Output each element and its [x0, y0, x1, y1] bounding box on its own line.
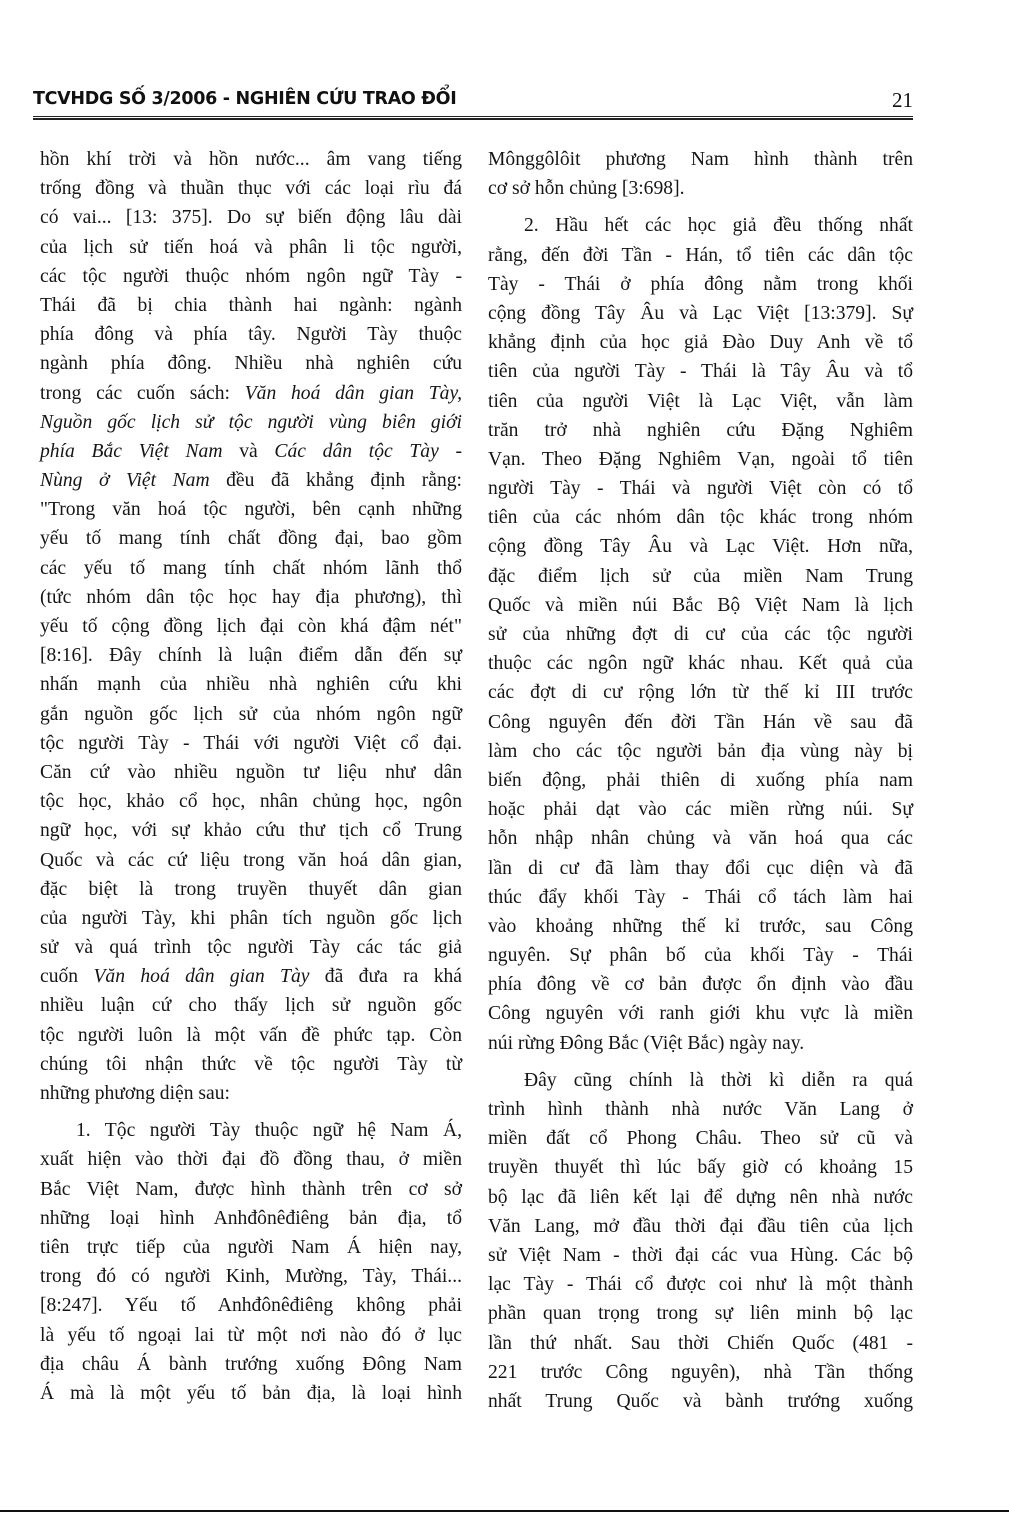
text-line-with-title: phía Bắc Việt Nam và Các dân tộc Tày -	[40, 437, 462, 466]
text-line: lạc Tày - Thái cổ được coi như là một th…	[488, 1270, 913, 1299]
text-line: "Trong văn hoá tộc người, bên cạnh những	[40, 495, 462, 524]
text-line: phía đông và phía tây. Người Tày thuộc	[40, 320, 462, 349]
text-line: phía đông về cơ bản được ổn định vào đầu	[488, 970, 913, 999]
text-line: hoặc phải dạt vào các miền rừng núi. Sự	[488, 795, 913, 824]
text-line: cộng đồng Tây Âu và Lạc Việt [13:379]. S…	[488, 299, 913, 328]
paragraph-numbered-1: 1. Tộc người Tày thuộc ngữ hệ Nam Á, xuấ…	[40, 1116, 462, 1408]
book-title: Văn hoá dân gian Tày	[93, 966, 309, 987]
paragraph: hồn khí trời và hồn nước... âm vang tiến…	[40, 145, 462, 1108]
paragraph: Đây cũng chính là thời kì diễn ra quá tr…	[488, 1066, 913, 1416]
text-line: [8:247]. Yếu tố Anhđônêđiêng không phải	[40, 1291, 462, 1320]
text-line: nguyên. Sự phân bố của khối Tày - Thái	[488, 941, 913, 970]
book-title: Nùng ở Việt Nam	[40, 470, 210, 491]
book-title: phía Bắc Việt Nam	[40, 441, 223, 462]
text-line: 2. Hầu hết các học giả đều thống nhất	[488, 211, 913, 240]
text-line: người Tày - Thái và người Việt còn có tổ	[488, 474, 913, 503]
text-line-with-title: trong các cuốn sách: Văn hoá dân gian Tà…	[40, 379, 462, 408]
text-line: Bắc Việt Nam, được hình thành trên cơ sở	[40, 1175, 462, 1204]
text-line: Công nguyên với ranh giới khu vực là miề…	[488, 999, 913, 1028]
text-line: (tức nhóm dân tộc học hay địa phương), t…	[40, 583, 462, 612]
book-title: Văn hoá dân gian Tày,	[245, 383, 462, 404]
text: và	[223, 441, 275, 462]
text-line: hỗn nhập nhân chủng và văn hoá qua các	[488, 824, 913, 853]
text-line: ngữ học, với sự khảo cứu thư tịch cổ Tru…	[40, 816, 462, 845]
text-line: của người Tày, khi phân tích nguồn gốc l…	[40, 904, 462, 933]
text-line: nhấn mạnh của nhiều nhà nghiên cứu khi	[40, 670, 462, 699]
left-column: hồn khí trời và hồn nước... âm vang tiến…	[40, 145, 462, 1408]
text: đã đưa ra khá	[309, 966, 462, 987]
text-line: trình hình thành nhà nước Văn Lang ở	[488, 1095, 913, 1124]
text-line: của lịch sử tiến hoá và phân li tộc ngườ…	[40, 233, 462, 262]
text-line: 1. Tộc người Tày thuộc ngữ hệ Nam Á,	[40, 1116, 462, 1145]
text-line: trăn trở nhà nghiên cứu Đặng Nghiêm	[488, 416, 913, 445]
text-line: Quốc và các cứ liệu trong văn hoá dân gi…	[40, 846, 462, 875]
text-line: Căn cứ vào nhiều nguồn tư liệu như dân	[40, 758, 462, 787]
text-line: khẳng định của học giả Đào Duy Anh về tổ	[488, 328, 913, 357]
text-line: trống đồng và thuần thục với các loại rì…	[40, 174, 462, 203]
text-line: Đây cũng chính là thời kì diễn ra quá	[488, 1066, 913, 1095]
text: đều đã khẳng định rằng:	[210, 470, 462, 491]
text-line: miền đất cổ Phong Châu. Theo sử cũ và	[488, 1124, 913, 1153]
text-line: cộng đồng Tây Âu và Lạc Việt. Hơn nữa,	[488, 532, 913, 561]
paragraph-gap	[488, 1058, 913, 1066]
text-line: vào khoảng những thế kỉ trước, sau Công	[488, 912, 913, 941]
text-line: tiên trực tiếp của người Nam Á hiện nay,	[40, 1233, 462, 1262]
paragraph-gap	[40, 1108, 462, 1116]
text-line: là yếu tố ngoại lai từ một nơi nào đó ở …	[40, 1321, 462, 1350]
text-line: yếu tố cộng đồng lịch đại còn khá đậm né…	[40, 612, 462, 641]
text-line: địa châu Á bành trướng xuống Đông Nam	[40, 1350, 462, 1379]
text: trong các cuốn sách:	[40, 383, 245, 404]
text: cuốn	[40, 966, 93, 987]
text-line: Mônggôlôit phương Nam hình thành trên	[488, 145, 913, 174]
text-line: xuất hiện vào thời đại đồ đồng thau, ở m…	[40, 1145, 462, 1174]
paragraph-gap	[488, 203, 913, 211]
text-line: Á mà là một yếu tố bản địa, là loại hình	[40, 1379, 462, 1408]
page-header: TCVHDG SỐ 3/2006 - NGHIÊN CỨU TRAO ĐỔI 2…	[33, 86, 913, 118]
text-line: lần thứ nhất. Sau thời Chiến Quốc (481 -	[488, 1329, 913, 1358]
text-line: 221 trước Công nguyên), nhà Tần thống	[488, 1358, 913, 1387]
text-line: Công nguyên đến đời Tần Hán về sau đã	[488, 708, 913, 737]
page-bottom-edge	[0, 1510, 1009, 1512]
text-line: những loại hình Anhđônêđiêng bản địa, tổ	[40, 1204, 462, 1233]
text-line: tiên của người Việt là Lạc Việt, vẫn làm	[488, 387, 913, 416]
text-line: sử và quá trình tộc người Tày các tác gi…	[40, 933, 462, 962]
text-line: tộc học, khảo cổ học, nhân chủng học, ng…	[40, 787, 462, 816]
text-line: ngành phía đông. Nhiều nhà nghiên cứu	[40, 349, 462, 378]
text-line: bộ lạc đã liên kết lại để dựng nên nhà n…	[488, 1183, 913, 1212]
text-line: những phương diện sau:	[40, 1079, 462, 1108]
text-line: các đợt di cư rộng lớn từ thế kỉ III trư…	[488, 678, 913, 707]
text-line: có vai... [13: 375]. Do sự biến động lâu…	[40, 203, 462, 232]
paragraph-numbered-2: 2. Hầu hết các học giả đều thống nhất rằ…	[488, 211, 913, 1057]
text-line: đặc biệt là trong truyền thuyết dân gian	[40, 875, 462, 904]
text-line: Quốc và miền núi Bắc Bộ Việt Nam là lịch	[488, 591, 913, 620]
text-line: truyền thuyết thì lúc bấy giờ có khoảng …	[488, 1153, 913, 1182]
text-line: Thái đã bị chia thành hai ngành: ngành	[40, 291, 462, 320]
running-header-title: TCVHDG SỐ 3/2006 - NGHIÊN CỨU TRAO ĐỔI	[33, 89, 456, 109]
text-line: tiên của các nhóm dân tộc khác trong nhó…	[488, 503, 913, 532]
text-line: làm cho các tộc người bản địa vùng này b…	[488, 737, 913, 766]
text-line: [8:16]. Đây chính là luận điểm dẫn đến s…	[40, 641, 462, 670]
book-title: Nguồn gốc lịch sử tộc người vùng biên gi…	[40, 412, 462, 433]
text-line: yếu tố mang tính chất đồng đại, bao gồm	[40, 524, 462, 553]
text-line: chúng tôi nhận thức về tộc người Tày từ	[40, 1050, 462, 1079]
right-column: Mônggôlôit phương Nam hình thành trên cơ…	[488, 145, 913, 1416]
text-line: tộc người luôn là một vấn đề phức tạp. C…	[40, 1021, 462, 1050]
text-line: cơ sở hỗn chủng [3:698].	[488, 174, 913, 203]
text-line: đặc điểm lịch sử của miền Nam Trung	[488, 562, 913, 591]
text-line: nhiều luận cứ cho thấy lịch sử nguồn gốc	[40, 991, 462, 1020]
text-line: núi rừng Đông Bắc (Việt Bắc) ngày nay.	[488, 1029, 913, 1058]
paragraph: Mônggôlôit phương Nam hình thành trên cơ…	[488, 145, 913, 203]
text-line: sử của những đợt di cư của các tộc người	[488, 620, 913, 649]
text-line: các tộc người thuộc nhóm ngôn ngữ Tày -	[40, 262, 462, 291]
text-line-with-title: Nùng ở Việt Nam đều đã khẳng định rằng:	[40, 466, 462, 495]
text-line: thúc đẩy khối Tày - Thái cổ tách làm hai	[488, 883, 913, 912]
text-line: sử Việt Nam - thời đại các vua Hùng. Các…	[488, 1241, 913, 1270]
text-line: Văn Lang, mở đầu thời đại đầu tiên của l…	[488, 1212, 913, 1241]
text-line: tiên của người Tày - Thái là Tây Âu và t…	[488, 357, 913, 386]
text-line: biến động, phải thiên di xuống phía nam	[488, 766, 913, 795]
text-line: trong đó có người Kinh, Mường, Tày, Thái…	[40, 1262, 462, 1291]
text-line: các yếu tố mang tính chất nhóm lãnh thổ	[40, 554, 462, 583]
text-line: thuộc các ngôn ngữ khác nhau. Kết quả củ…	[488, 649, 913, 678]
header-rule	[33, 116, 913, 120]
text-line-with-title: cuốn Văn hoá dân gian Tày đã đưa ra khá	[40, 962, 462, 991]
text-line: tộc người Tày - Thái với người Việt cổ đ…	[40, 729, 462, 758]
text-line: rằng, đến đời Tần - Hán, tổ tiên các dân…	[488, 241, 913, 270]
text-line: nhất Trung Quốc và bành trướng xuống	[488, 1387, 913, 1416]
page-number: 21	[892, 88, 913, 113]
book-title: Các dân tộc Tày -	[274, 441, 462, 462]
text-line-with-title: Nguồn gốc lịch sử tộc người vùng biên gi…	[40, 408, 462, 437]
text-line: phần quan trọng trong sự liên minh bộ lạ…	[488, 1299, 913, 1328]
text-line: hồn khí trời và hồn nước... âm vang tiến…	[40, 145, 462, 174]
text-line: lần di cư đã làm thay đổi cục diện và đã	[488, 854, 913, 883]
text-line: Tày - Thái ở phía đông nằm trong khối	[488, 270, 913, 299]
text-line: gắn nguồn gốc lịch sử của nhóm ngôn ngữ	[40, 700, 462, 729]
text-line: Vạn. Theo Đặng Nghiêm Vạn, ngoài tổ tiên	[488, 445, 913, 474]
